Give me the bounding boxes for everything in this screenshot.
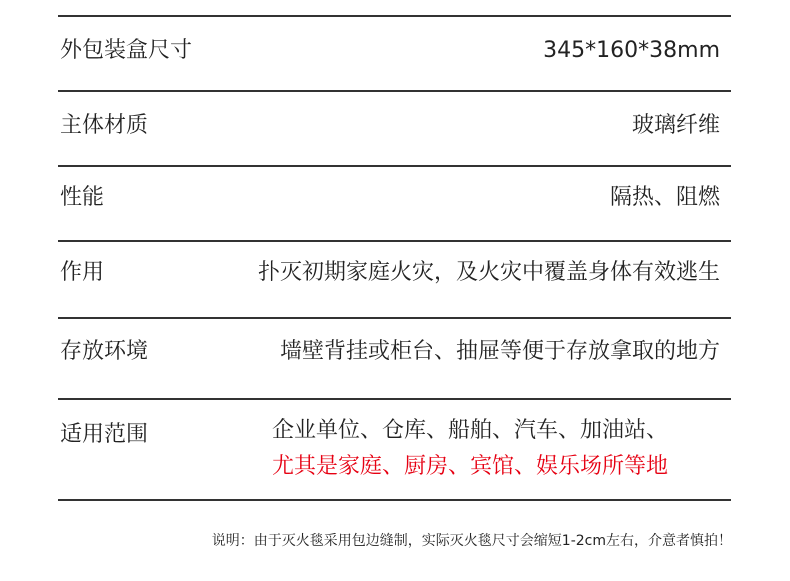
row-label-box-size: 外包装盒尺寸 — [60, 38, 192, 64]
row-label-material: 主体材质 — [60, 113, 148, 139]
row-value-scope-line2: 尤其是家庭、厨房、宾馆、娱乐场所等地 — [272, 454, 668, 480]
row-label-scope: 适用范围 — [60, 422, 148, 448]
divider — [58, 15, 731, 17]
divider — [58, 165, 731, 167]
disclaimer-note: 说明：由于灭火毯采用包边缝制，实际灭火毯尺寸会缩短1-2cm左右，介意者慎拍！ — [212, 530, 732, 550]
divider — [58, 398, 731, 400]
row-label-function: 作用 — [60, 260, 104, 286]
divider — [58, 240, 731, 242]
row-value-material: 玻璃纤维 — [632, 113, 720, 139]
divider — [58, 317, 731, 319]
row-label-storage: 存放环境 — [60, 339, 148, 365]
row-label-performance: 性能 — [60, 185, 104, 211]
row-value-performance: 隔热、阻燃 — [610, 185, 720, 211]
row-value-function: 扑灭初期家庭火灾，及火灾中覆盖身体有效逃生 — [258, 260, 720, 286]
row-value-scope-line1: 企业单位、仓库、船舶、汽车、加油站、 — [272, 418, 668, 444]
row-value-storage: 墙壁背挂或柜台、抽屉等便于存放拿取的地方 — [280, 339, 720, 365]
row-value-box-size: 345*160*38mm — [543, 38, 720, 64]
divider — [58, 499, 731, 501]
divider — [58, 90, 731, 92]
